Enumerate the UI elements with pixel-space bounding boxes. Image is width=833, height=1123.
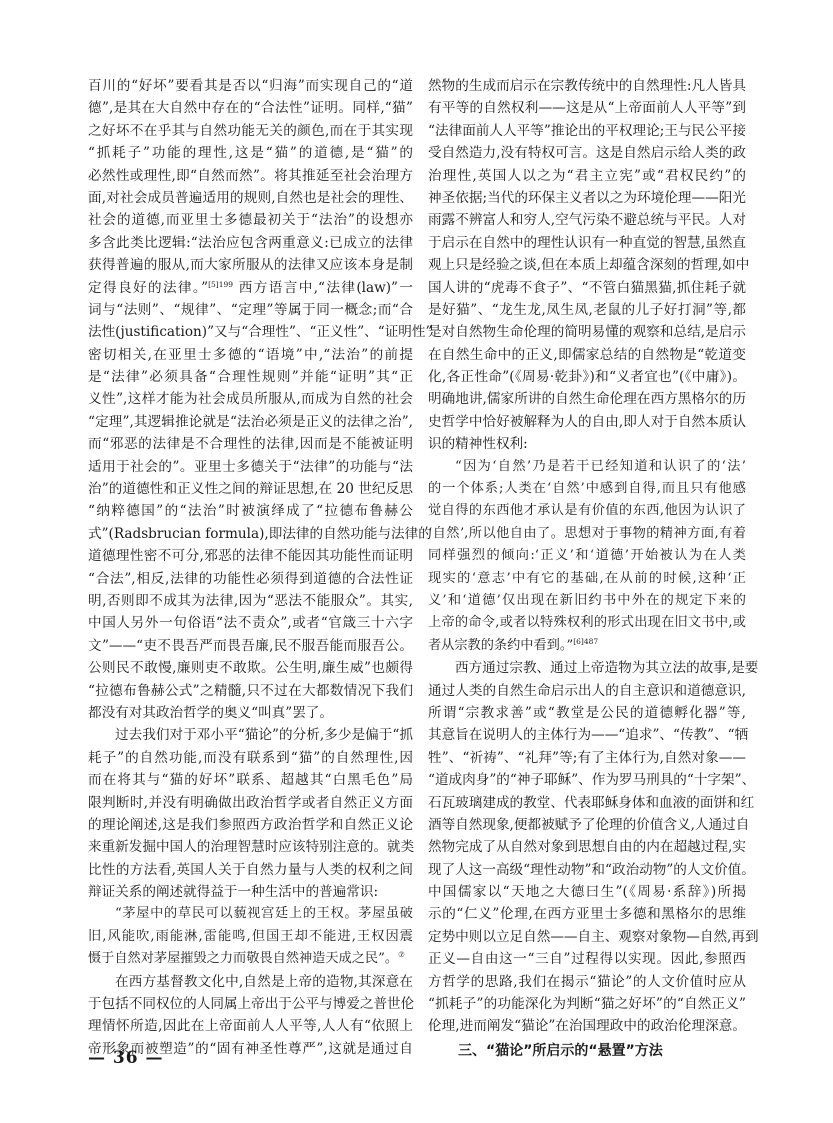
line-text: 上帝的命令,或者以特殊权利的形式出现在旧文书中,或 xyxy=(428,615,746,630)
text-line: 来重新发掘中国人的治理智慧时应该特别注意的。就类 xyxy=(88,836,413,858)
line-text: “抓耗子”的功能深化为判断“猫之好坏”的“自然正义” xyxy=(428,996,746,1012)
text-line: 式”(Radsbrucian formula),即法律的自然功能与法律的 xyxy=(88,523,413,545)
block-quote-line: 觉自得的东西他才承认是有价值的东西,他因为认识了 xyxy=(428,500,746,522)
line-text: 的理论阐述,这是我们参照西方政治哲学和自然正义论 xyxy=(88,817,413,833)
block-quote-line: 同样强烈的倾向:‘正义’和‘道德’开始被认为在人类 xyxy=(428,545,746,567)
line-text: 是好猫”、“龙生龙,凤生凤,老鼠的儿子好打洞”等,都 xyxy=(428,302,746,318)
line-text: ‘自然’,所以他自由了。思想对于事物的精神方面,有着 xyxy=(428,526,746,541)
line-text: 理情怀所造,因此在上帝面前人人平等,人人有“依照上 xyxy=(88,1018,413,1034)
text-line: 然物的生成而启示在宗教传统中的自然理性:凡人皆具 xyxy=(428,75,746,97)
line-text: 现了人这一高级“理性动物”和“政治动物”的人文价值。 xyxy=(428,862,755,878)
text-line: 神圣依据;当代的环保主义者以之为环境伦理——阳光 xyxy=(428,187,746,209)
line-text: 耗子”的自然功能,而没有联系到“猫”的自然理性,因 xyxy=(88,750,413,766)
line-text-continued: 西方语言中,“法律(law)”一 xyxy=(233,280,413,296)
text-line: 有平等的自然权利——这是从“上帝面前人人平等”到 xyxy=(428,97,746,119)
quote-line: 旧,风能吹,雨能淋,雷能鸣,但国王却不能进,王权因震 xyxy=(88,926,413,948)
text-line: “抓耗子”的功能深化为判断“猫之好坏”的“自然正义” xyxy=(428,993,746,1015)
page-number: — 36 — xyxy=(88,1048,164,1068)
text-line: 而“邪恶的法律是不合理性的法律,因而是不能被证明 xyxy=(88,433,413,455)
line-text: “因为‘自然’乃是若干已经知道和认识了的‘法’ xyxy=(455,459,746,474)
text-line: 获得普遍的服从,而大家所服从的法律又应该本身是制 xyxy=(88,254,413,276)
text-line: 西方通过宗教、通过上帝造物为其立法的故事,是要 xyxy=(428,657,746,679)
line-text: 的一个体系;人类在‘自然’中感到自得,而且只有他感 xyxy=(428,481,746,496)
line-text: 在西方基督教文化中,自然是上帝的造物,其深意在 xyxy=(115,974,413,990)
line-text: 辩证关系的阐述就得益于一种生活中的普遍常识: xyxy=(88,884,378,900)
text-line: 是“法律”必须具备“合理性规则”并能“证明”其“正 xyxy=(88,366,413,388)
line-text: 史哲学中恰好被解释为人的自由,即人对于自然本质认 xyxy=(428,414,746,430)
line-text: 而在将其与“猫的好坏”联系、超越其“白黑毛色”局 xyxy=(88,772,413,788)
line-text: “法律面前人人平等”推论出的平权理论;王与民公平接 xyxy=(428,123,746,139)
text-line: 伦理,进而阐发“猫论”在治国理政中的政治伦理深意。 xyxy=(428,1015,746,1037)
line-text: 治理性,英国人以之为“君主立宪”或“君权民约”的 xyxy=(428,168,746,184)
line-text: 必然性或理性,即“自然而然”。将其推延至社会治理方 xyxy=(88,168,413,184)
line-text: 中国人另外一句俗语“法不责众”,或者“官箴三十六字 xyxy=(88,615,413,631)
citation-superscript: ⑦ xyxy=(398,950,405,959)
line-text: 神圣依据;当代的环保主义者以之为环境伦理——阳光 xyxy=(428,190,746,206)
right-column: 然物的生成而启示在宗教传统中的自然理性:凡人皆具有平等的自然权利——这是从“上帝… xyxy=(428,75,746,1038)
line-text: 通过人类的自然生命启示出人的自主意识和道德意识, xyxy=(428,683,746,699)
text-line: 现了人这一高级“理性动物”和“政治动物”的人文价值。 xyxy=(428,859,746,881)
quote-line: “因为‘自然’乃是若干已经知道和认识了的‘法’ xyxy=(428,456,746,478)
left-column: 百川的“好坏”要看其是否以“归海”而实现自己的“道德”,是其在大自然中存在的“合… xyxy=(88,75,413,1060)
text-line: 适用于社会的”。亚里士多德关于“法律”的功能与“法 xyxy=(88,456,413,478)
line-text: 明确地讲,儒家所讲的自然生命伦理在西方黑格尔的历 xyxy=(428,391,746,407)
line-text: “道成肉身”的“神子耶稣”、作为罗马刑具的“十字架”、 xyxy=(428,772,755,788)
text-line: 公则民不敢慢,廉则吏不敢欺。公生明,廉生威”也颇得 xyxy=(88,657,413,679)
block-quote-line: 旧,风能吹,雨能淋,雷能鸣,但国王却不能进,王权因震 xyxy=(88,926,413,948)
section-heading-block: 三、“猫论”所启示的“悬置”方法 xyxy=(428,1040,746,1062)
block-quote-line: 现实的‘意志’中有它的基础,在从前的时候,这种‘正 xyxy=(428,568,746,590)
block-quote-line: 慑于自然对茅屋摧毁之力而敬畏自然神造天成之民”。⑦ xyxy=(88,948,413,970)
block-quote-line: 的一个体系;人类在‘自然’中感到自得,而且只有他感 xyxy=(428,478,746,500)
quote-line: ‘自然’,所以他自由了。思想对于事物的精神方面,有着 xyxy=(428,523,746,545)
block-quote-line: 义’和‘道德’仅出现在新旧约书中外在的规定下来的 xyxy=(428,590,746,612)
quote-line: 觉自得的东西他才承认是有价值的东西,他因为认识了 xyxy=(428,500,746,522)
text-line: 石瓦玻璃建成的教堂、代表耶稣身体和血液的面饼和红 xyxy=(428,792,746,814)
line-text: 适用于社会的”。亚里士多德关于“法律”的功能与“法 xyxy=(88,459,413,475)
quote-line: 义’和‘道德’仅出现在新旧约书中外在的规定下来的 xyxy=(428,590,746,612)
quote-line: 者从宗教的条约中看到。”[6]487 xyxy=(428,635,746,657)
text-line: 耗子”的自然功能,而没有联系到“猫”的自然理性,因 xyxy=(88,747,413,769)
text-line: 通过人类的自然生命启示出人的自主意识和道德意识, xyxy=(428,680,746,702)
line-text: 定得良好的法律。” xyxy=(88,280,208,296)
line-text: 同样强烈的倾向:‘正义’和‘道德’开始被认为在人类 xyxy=(428,548,746,563)
text-line: 过去我们对于邓小平“猫论”的分析,多少是偏于“抓 xyxy=(88,724,413,746)
line-text: 多含此类比逻辑:“法治应包含两重意义:已成立的法律 xyxy=(88,235,413,251)
line-text: 都没有对其政治哲学的奥义“叫真”罢了。 xyxy=(88,705,333,721)
line-text: 国人讲的“虎毒不食子”、“不管白猫黑猫,抓住耗子就 xyxy=(428,280,746,296)
text-line: “拉德布鲁赫公式”之精髓,只不过在大都数情况下我们 xyxy=(88,680,413,702)
line-text: 者从宗教的条约中看到。” xyxy=(428,638,573,653)
line-text: 石瓦玻璃建成的教堂、代表耶稣身体和血液的面饼和红 xyxy=(428,795,754,811)
line-text: 牲”、“祈祷”、“礼拜”等;有了主体行为,自然对象—— xyxy=(428,750,746,766)
text-line: 国人讲的“虎毒不食子”、“不管白猫黑猫,抓住耗子就 xyxy=(428,277,746,299)
line-text: 之好坏不在乎其与自然功能无关的颜色,而在于其实现 xyxy=(88,123,413,139)
block-quote-line: “茅屋中的草民可以藐视宫廷上的王权。茅屋虽破 xyxy=(88,903,413,925)
line-text: 方哲学的思路,我们在揭示“猫论”的人文价值时应从 xyxy=(428,974,746,990)
text-line: 理情怀所造,因此在上帝面前人人平等,人人有“依照上 xyxy=(88,1015,413,1037)
line-text: 慑于自然对茅屋摧毁之力而敬畏自然神造天成之民”。 xyxy=(88,951,398,966)
text-line: 在自然生命中的正义,即儒家总结的自然物是“乾道变 xyxy=(428,344,746,366)
line-text: 词与“法则”、“规律”、“定理”等属于同一概念;而“合 xyxy=(88,302,413,318)
text-line: 雨露不辨富人和穷人,空气污染不避总统与平民。人对 xyxy=(428,209,746,231)
text-line: “抓耗子”功能的理性,这是“猫”的道德,是“猫”的 xyxy=(88,142,413,164)
text-line: “定理”,其逻辑推论就是“法治必须是正义的法律之治”, xyxy=(88,411,413,433)
line-text: “拉德布鲁赫公式”之精髓,只不过在大都数情况下我们 xyxy=(88,683,413,699)
line-text: 限判断时,并没有明确做出政治哲学或者自然正义方面 xyxy=(88,795,413,811)
line-text: 文”——“吏不畏吾严而畏吾廉,民不服吾能而服吾公。 xyxy=(88,638,413,654)
citation-superscript: [5]199 xyxy=(208,280,233,289)
text-line: 中国人另外一句俗语“法不责众”,或者“官箴三十六字 xyxy=(88,612,413,634)
line-text: 雨露不辨富人和穷人,空气污染不避总统与平民。人对 xyxy=(428,212,746,228)
text-line: 定势中则以立足自然——自主、观察对象物—自然,再到 xyxy=(428,926,746,948)
line-text: 来重新发掘中国人的治理智慧时应该特别注意的。就类 xyxy=(88,839,414,855)
line-text: 然物的生成而启示在宗教传统中的自然理性:凡人皆具 xyxy=(428,78,746,94)
line-text: 酒等自然现象,便都被赋予了伦理的价值含义,人通过自 xyxy=(428,817,749,833)
text-line: 多含此类比逻辑:“法治应包含两重意义:已成立的法律 xyxy=(88,232,413,254)
line-text: 式”(Radsbrucian formula),即法律的自然功能与法律的 xyxy=(88,526,432,542)
line-text: 中国儒家以“天地之大德曰生”(《周易·系辞》)所揭 xyxy=(428,884,746,900)
text-line: 义性”,这样才能为社会成员所服从,而成为自然的社会 xyxy=(88,388,413,410)
text-line: 道德理性密不可分,邪恶的法律不能因其功能性而证明 xyxy=(88,545,413,567)
line-text: 识的精神性权利: xyxy=(428,436,528,452)
text-line: 面,对社会成员普遍适用的规则,自然也是社会的理性、 xyxy=(88,187,413,209)
text-line: 正义—自由这一“三自”过程得以实现。因此,参照西 xyxy=(428,948,746,970)
text-line: 词与“法则”、“规律”、“定理”等属于同一概念;而“合 xyxy=(88,299,413,321)
citation-superscript: [6]487 xyxy=(573,637,598,646)
line-text: 受自然造力,没有特权可言。这是自然启示给人类的政 xyxy=(428,145,746,161)
text-line: “纳粹德国”的“法治”时被演绎成了“拉德布鲁赫公 xyxy=(88,500,413,522)
text-line: 之好坏不在乎其与自然功能无关的颜色,而在于其实现 xyxy=(88,120,413,142)
text-line: 治理性,英国人以之为“君主立宪”或“君权民约”的 xyxy=(428,165,746,187)
line-text: 化,各正性命”(《周易·乾卦》)和“义者宜也”(《中庸》)。 xyxy=(428,369,746,385)
text-line: 明确地讲,儒家所讲的自然生命伦理在西方黑格尔的历 xyxy=(428,388,746,410)
block-quote-line: “因为‘自然’乃是若干已经知道和认识了的‘法’ xyxy=(428,456,746,478)
line-text: “纳粹德国”的“法治”时被演绎成了“拉德布鲁赫公 xyxy=(88,503,413,519)
line-text: “合法”,相反,法律的功能性必须得到道德的合法性证 xyxy=(88,571,413,587)
text-line: 识的精神性权利: xyxy=(428,433,746,455)
line-text: 在自然生命中的正义,即儒家总结的自然物是“乾道变 xyxy=(428,347,746,363)
text-line: 其意旨在说明人的主体行为——“追求”、“传教”、“牺 xyxy=(428,724,746,746)
text-line: 受自然造力,没有特权可言。这是自然启示给人类的政 xyxy=(428,142,746,164)
block-quote-line: ‘自然’,所以他自由了。思想对于事物的精神方面,有着 xyxy=(428,523,746,545)
text-line: 德”,是其在大自然中存在的“合法性”证明。同样,“猫” xyxy=(88,97,413,119)
quote-line: “茅屋中的草民可以藐视宫廷上的王权。茅屋虽破 xyxy=(88,903,413,925)
line-text: 正义—自由这一“三自”过程得以实现。因此,参照西 xyxy=(428,951,746,967)
line-text: 是“法律”必须具备“合理性规则”并能“证明”其“正 xyxy=(88,369,413,385)
text-line: 化,各正性命”(《周易·乾卦》)和“义者宜也”(《中庸》)。 xyxy=(428,366,746,388)
text-line: 酒等自然现象,便都被赋予了伦理的价值含义,人通过自 xyxy=(428,814,746,836)
line-text: 德”,是其在大自然中存在的“合法性”证明。同样,“猫” xyxy=(88,100,413,116)
text-line: “合法”,相反,法律的功能性必须得到道德的合法性证 xyxy=(88,568,413,590)
text-line: 都没有对其政治哲学的奥义“叫真”罢了。 xyxy=(88,702,413,724)
text-line: 治”的道德性和正义性之间的辩证思想,在 20 世纪反思 xyxy=(88,478,413,500)
text-line: 百川的“好坏”要看其是否以“归海”而实现自己的“道 xyxy=(88,75,413,97)
text-line: 比性的方法看,英国人关于自然力量与人类的权利之间 xyxy=(88,859,413,881)
text-line: 在西方基督教文化中,自然是上帝的造物,其深意在 xyxy=(88,971,413,993)
text-line: 定得良好的法律。”[5]199 西方语言中,“法律(law)”一 xyxy=(88,277,413,299)
line-text: 西方通过宗教、通过上帝造物为其立法的故事,是要 xyxy=(455,660,758,676)
line-text: 面,对社会成员普遍适用的规则,自然也是社会的理性、 xyxy=(88,190,413,206)
text-line: 中国儒家以“天地之大德曰生”(《周易·系辞》)所揭 xyxy=(428,881,746,903)
text-line: 方哲学的思路,我们在揭示“猫论”的人文价值时应从 xyxy=(428,971,746,993)
line-text: “抓耗子”功能的理性,这是“猫”的道德,是“猫”的 xyxy=(88,145,413,161)
text-line: 密切相关,在亚里士多德的“语境”中,“法治”的前提 xyxy=(88,344,413,366)
quote-line: 现实的‘意志’中有它的基础,在从前的时候,这种‘正 xyxy=(428,568,746,590)
line-text: 伦理,进而阐发“猫论”在治国理政中的政治伦理深意。 xyxy=(428,1018,746,1034)
text-line: 牲”、“祈祷”、“礼拜”等;有了主体行为,自然对象—— xyxy=(428,747,746,769)
line-text: 其意旨在说明人的主体行为——“追求”、“传教”、“牺 xyxy=(428,727,748,743)
line-text: “定理”,其逻辑推论就是“法治必须是正义的法律之治”, xyxy=(88,414,413,430)
line-text: 于包括不同权位的人同属上帝出于公平与博爱之普世伦 xyxy=(88,996,414,1012)
line-text: 比性的方法看,英国人关于自然力量与人类的权利之间 xyxy=(88,862,413,878)
line-text: 觉自得的东西他才承认是有价值的东西,他因为认识了 xyxy=(428,503,746,518)
text-line: 是对自然物生命伦理的简明易懂的观察和总结,是启示 xyxy=(428,321,746,343)
line-text: 治”的道德性和正义性之间的辩证思想,在 20 世纪反思 xyxy=(88,481,413,497)
text-line: “道成肉身”的“神子耶稣”、作为罗马刑具的“十字架”、 xyxy=(428,769,746,791)
line-text: 密切相关,在亚里士多德的“语境”中,“法治”的前提 xyxy=(88,347,413,363)
text-line: 而在将其与“猫的好坏”联系、超越其“白黑毛色”局 xyxy=(88,769,413,791)
text-line: “法律面前人人平等”推论出的平权理论;王与民公平接 xyxy=(428,120,746,142)
line-text: 观上只是经验之谈,但在本质上却蕴含深刻的哲理,如中 xyxy=(428,257,749,273)
line-text: 然物完成了从自然对象到思想自由的内在超越过程,实 xyxy=(428,839,746,855)
block-quote-line: 上帝的命令,或者以特殊权利的形式出现在旧文书中,或 xyxy=(428,612,746,634)
section-heading: 三、“猫论”所启示的“悬置”方法 xyxy=(428,1040,746,1062)
quote-line: 上帝的命令,或者以特殊权利的形式出现在旧文书中,或 xyxy=(428,612,746,634)
line-text: 道德理性密不可分,邪恶的法律不能因其功能性而证明 xyxy=(88,548,413,564)
text-line: 观上只是经验之谈,但在本质上却蕴含深刻的哲理,如中 xyxy=(428,254,746,276)
line-text: 示的“仁义”伦理,在西方亚里士多德和黑格尔的思维 xyxy=(428,906,746,922)
line-text: 过去我们对于邓小平“猫论”的分析,多少是偏于“抓 xyxy=(115,727,413,743)
block-quote-line: 者从宗教的条约中看到。”[6]487 xyxy=(428,635,746,657)
line-text: 是对自然物生命伦理的简明易懂的观察和总结,是启示 xyxy=(428,324,746,340)
text-line: 社会的道德,而亚里士多德最初关于“法治”的设想亦 xyxy=(88,209,413,231)
text-line: 是好猫”、“龙生龙,凤生凤,老鼠的儿子好打洞”等,都 xyxy=(428,299,746,321)
text-line: 于启示在自然中的理性认识有一种直觉的智慧,虽然直 xyxy=(428,232,746,254)
text-line: 的理论阐述,这是我们参照西方政治哲学和自然正义论 xyxy=(88,814,413,836)
text-line: 辩证关系的阐述就得益于一种生活中的普遍常识: xyxy=(88,881,413,903)
line-text: 公则民不敢慢,廉则吏不敢欺。公生明,廉生威”也颇得 xyxy=(88,660,413,676)
line-text: 义’和‘道德’仅出现在新旧约书中外在的规定下来的 xyxy=(428,593,746,608)
line-text: 明,否则即不成其为法律,因为“恶法不能服众”。其实, xyxy=(88,593,413,609)
line-text: 有平等的自然权利——这是从“上帝面前人人平等”到 xyxy=(428,100,746,116)
line-text: 旧,风能吹,雨能淋,雷能鸣,但国王却不能进,王权因震 xyxy=(88,929,413,944)
line-text: 而“邪恶的法律是不合理性的法律,因而是不能被证明 xyxy=(88,436,413,452)
text-line: 限判断时,并没有明确做出政治哲学或者自然正义方面 xyxy=(88,792,413,814)
line-text: “茅屋中的草民可以藐视宫廷上的王权。茅屋虽破 xyxy=(115,906,413,921)
text-line: 所谓“宗教求善”或“教堂是公民的道德孵化器”等, xyxy=(428,702,746,724)
line-text: 获得普遍的服从,而大家所服从的法律又应该本身是制 xyxy=(88,257,413,273)
text-line: 文”——“吏不畏吾严而畏吾廉,民不服吾能而服吾公。 xyxy=(88,635,413,657)
text-line: 法性(justification)”又与“合理性”、“正义性”、“证明性” xyxy=(88,321,413,343)
line-text: 于启示在自然中的理性认识有一种直觉的智慧,虽然直 xyxy=(428,235,746,251)
line-text: 现实的‘意志’中有它的基础,在从前的时候,这种‘正 xyxy=(428,571,746,586)
text-line: 示的“仁义”伦理,在西方亚里士多德和黑格尔的思维 xyxy=(428,903,746,925)
quote-line: 慑于自然对茅屋摧毁之力而敬畏自然神造天成之民”。⑦ xyxy=(88,948,413,970)
line-text: 百川的“好坏”要看其是否以“归海”而实现自己的“道 xyxy=(88,78,413,94)
text-line: 然物完成了从自然对象到思想自由的内在超越过程,实 xyxy=(428,836,746,858)
quote-line: 的一个体系;人类在‘自然’中感到自得,而且只有他感 xyxy=(428,478,746,500)
quote-line: 同样强烈的倾向:‘正义’和‘道德’开始被认为在人类 xyxy=(428,545,746,567)
line-text: 法性(justification)”又与“合理性”、“正义性”、“证明性” xyxy=(88,324,432,340)
line-text: 定势中则以立足自然——自主、观察对象物—自然,再到 xyxy=(428,929,759,945)
text-line: 必然性或理性,即“自然而然”。将其推延至社会治理方 xyxy=(88,165,413,187)
text-line: 于包括不同权位的人同属上帝出于公平与博爱之普世伦 xyxy=(88,993,413,1015)
line-text: 义性”,这样才能为社会成员所服从,而成为自然的社会 xyxy=(88,391,413,407)
text-line: 史哲学中恰好被解释为人的自由,即人对于自然本质认 xyxy=(428,411,746,433)
line-text: 所谓“宗教求善”或“教堂是公民的道德孵化器”等, xyxy=(428,705,746,721)
line-text: 社会的道德,而亚里士多德最初关于“法治”的设想亦 xyxy=(88,212,413,228)
journal-page: 百川的“好坏”要看其是否以“归海”而实现自己的“道德”,是其在大自然中存在的“合… xyxy=(0,0,833,1123)
text-line: 明,否则即不成其为法律,因为“恶法不能服众”。其实, xyxy=(88,590,413,612)
